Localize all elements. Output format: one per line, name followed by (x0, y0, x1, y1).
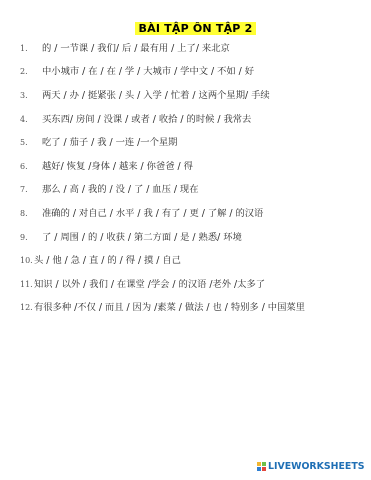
liveworksheets-brand: LIVEWORKSHEETS (257, 460, 364, 472)
exercise-item-4: 4. 买东西/ 房间 / 没课 / 或者 / 收拾 / 的时候 / 我常去 (0, 108, 371, 132)
item-number: 11. (0, 279, 34, 291)
exercise-item-1: 1. 的 / 一节课 / 我们/ 后 / 最有用 / 上了/ 来北京 (0, 37, 371, 61)
item-text: 两天 / 办 / 挺紧张 / 头 / 入学 / 忙着 / 这两个星期/ 手续 (42, 90, 270, 102)
exercise-item-7: 7. 那么 / 高 / 我的 / 没 / 了 / 血压 / 现在 (0, 179, 371, 203)
item-number: 7. (0, 184, 42, 196)
item-number: 3. (0, 90, 42, 102)
item-number: 6. (0, 161, 42, 173)
exercise-item-6: 6. 越好/ 恢复 /身体 / 越来 / 你爸爸 / 得 (0, 155, 371, 179)
item-text: 中小城市 / 在 / 在 / 学 / 大城市 / 学中文 / 不如 / 好 (42, 66, 254, 78)
item-text: 吃了 / 茄子 / 我 / 一连 /一个星期 (42, 137, 177, 149)
exercise-item-11: 11. 知识 / 以外 / 我们 / 在课堂 /学会 / 的汉语 /老外 /太多… (0, 273, 371, 297)
item-text: 的 / 一节课 / 我们/ 后 / 最有用 / 上了/ 来北京 (42, 43, 230, 55)
exercise-item-8: 8. 准确的 / 对自己 / 水平 / 我 / 有了 / 更 / 了解 / 的汉… (0, 202, 371, 226)
item-text: 知识 / 以外 / 我们 / 在课堂 /学会 / 的汉语 /老外 /太多了 (34, 279, 265, 291)
item-number: 8. (0, 208, 42, 220)
item-number: 2. (0, 66, 42, 78)
item-number: 9. (0, 232, 42, 244)
item-text: 有很多种 /不仅 / 而且 / 因为 /素菜 / 做法 / 也 / 特别多 / … (34, 302, 305, 314)
item-text: 了 / 周围 / 的 / 收获 / 第二方面 / 是 / 熟悉/ 环境 (42, 232, 242, 244)
item-text: 准确的 / 对自己 / 水平 / 我 / 有了 / 更 / 了解 / 的汉语 (42, 208, 263, 220)
item-number: 1. (0, 43, 42, 55)
item-number: 4. (0, 114, 42, 126)
worksheet-title: BÀI TẬP ÔN TẬP 2 (135, 22, 257, 35)
title-container: BÀI TẬP ÔN TẬP 2 (0, 17, 371, 36)
brand-name: LIVEWORKSHEETS (268, 461, 364, 472)
exercise-item-5: 5. 吃了 / 茄子 / 我 / 一连 /一个星期 (0, 131, 371, 155)
item-text: 买东西/ 房间 / 没课 / 或者 / 收拾 / 的时候 / 我常去 (42, 114, 251, 126)
exercise-item-2: 2. 中小城市 / 在 / 在 / 学 / 大城市 / 学中文 / 不如 / 好 (0, 61, 371, 85)
item-number: 5. (0, 137, 42, 149)
exercise-list: 1. 的 / 一节课 / 我们/ 后 / 最有用 / 上了/ 来北京 2. 中小… (0, 37, 371, 320)
item-text: 那么 / 高 / 我的 / 没 / 了 / 血压 / 现在 (42, 184, 199, 196)
item-text: 头 / 他 / 急 / 直 / 的 / 得 / 摸 / 自己 (34, 255, 181, 267)
liveworksheets-logo-icon (257, 462, 266, 471)
item-number: 12. (0, 302, 34, 314)
exercise-item-12: 12. 有很多种 /不仅 / 而且 / 因为 /素菜 / 做法 / 也 / 特别… (0, 297, 371, 321)
exercise-item-9: 9. 了 / 周围 / 的 / 收获 / 第二方面 / 是 / 熟悉/ 环境 (0, 226, 371, 250)
exercise-item-10: 10. 头 / 他 / 急 / 直 / 的 / 得 / 摸 / 自己 (0, 249, 371, 273)
item-text: 越好/ 恢复 /身体 / 越来 / 你爸爸 / 得 (42, 161, 193, 173)
item-number: 10. (0, 255, 34, 267)
exercise-item-3: 3. 两天 / 办 / 挺紧张 / 头 / 入学 / 忙着 / 这两个星期/ 手… (0, 84, 371, 108)
